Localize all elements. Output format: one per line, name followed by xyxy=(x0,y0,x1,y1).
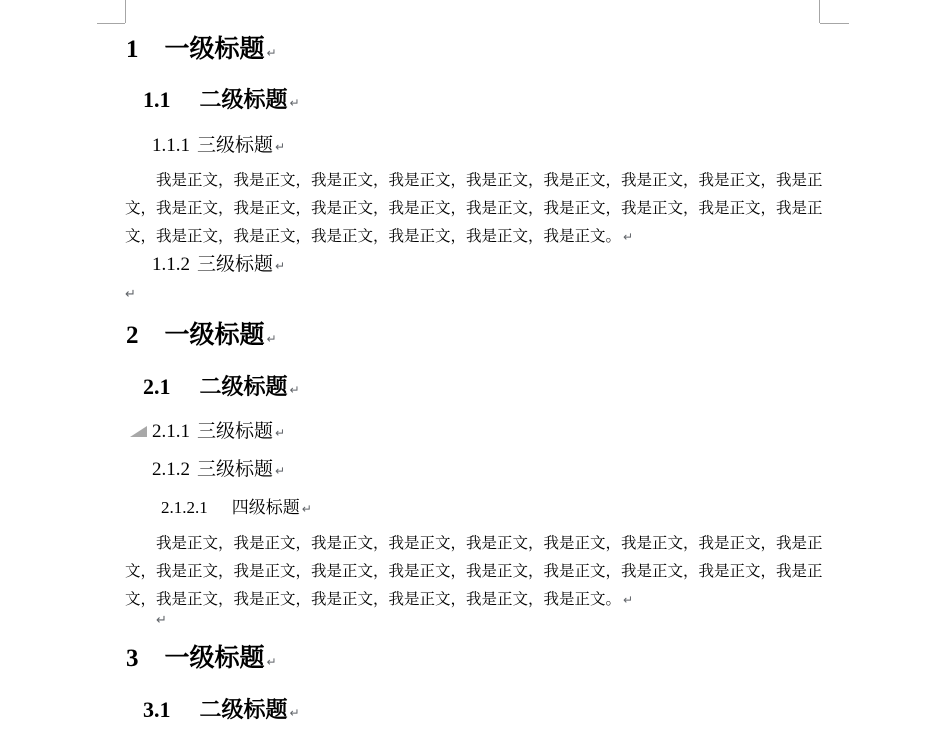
body-paragraph-1-line-2[interactable]: 文，我是正文，我是正文，我是正文，我是正文，我是正文，我是正文，我是正文，我是正… xyxy=(125,199,823,218)
paragraph-mark-icon: ↵ xyxy=(267,655,277,669)
heading-title: 一级标题 xyxy=(165,645,265,672)
heading-number: 2.1 xyxy=(143,374,171,399)
text-boundary-mark-top-right-vertical xyxy=(819,0,820,23)
heading-title: 三级标题 xyxy=(197,421,273,442)
heading-2-1-2[interactable]: 2.1.2三级标题↵ xyxy=(152,460,285,481)
body-paragraph-2-line-2[interactable]: 文，我是正文，我是正文，我是正文，我是正文，我是正文，我是正文，我是正文，我是正… xyxy=(125,562,823,581)
paragraph-mark-icon: ↵ xyxy=(290,383,300,397)
body-text: 我是正文，我是正文，我是正文，我是正文，我是正文，我是正文，我是正文，我是正文，… xyxy=(156,535,823,552)
heading-title: 三级标题 xyxy=(197,135,273,156)
heading-title: 二级标题 xyxy=(200,87,288,112)
heading-number: 1.1.2 xyxy=(152,254,190,275)
heading-number: 3 xyxy=(126,645,139,672)
heading-title: 二级标题 xyxy=(200,374,288,399)
heading-number: 1.1.1 xyxy=(152,135,190,156)
heading-1[interactable]: 1一级标题↵ xyxy=(126,36,277,64)
paragraph-mark-icon: ↵ xyxy=(623,230,633,244)
paragraph-mark-icon: ↵ xyxy=(267,332,277,346)
heading-1-1-2[interactable]: 1.1.2三级标题↵ xyxy=(152,255,285,276)
empty-paragraph[interactable]: ↵ xyxy=(156,614,167,627)
heading-number: 2 xyxy=(126,322,139,349)
heading-2-1-1[interactable]: 2.1.1三级标题↵ xyxy=(152,422,285,443)
heading-collapse-triangle-icon[interactable] xyxy=(130,426,147,437)
heading-number: 2.1.2 xyxy=(152,459,190,480)
text-boundary-mark-top-right-horizontal xyxy=(820,23,849,24)
heading-1-1[interactable]: 1.1二级标题↵ xyxy=(143,88,300,112)
empty-paragraph[interactable]: ↵ xyxy=(125,288,136,301)
heading-title: 一级标题 xyxy=(165,36,265,63)
heading-2[interactable]: 2一级标题↵ xyxy=(126,322,277,350)
body-text: 文，我是正文，我是正文，我是正文，我是正文，我是正文，我是正文。 xyxy=(125,591,621,608)
heading-2-1-2-1[interactable]: 2.1.2.1四级标题↵ xyxy=(161,499,312,518)
heading-number: 1.1 xyxy=(143,87,171,112)
body-text: 文，我是正文，我是正文，我是正文，我是正文，我是正文，我是正文，我是正文，我是正… xyxy=(125,563,823,580)
heading-3-1[interactable]: 3.1二级标题↵ xyxy=(143,698,300,722)
paragraph-mark-icon: ↵ xyxy=(290,96,300,110)
heading-2-1[interactable]: 2.1二级标题↵ xyxy=(143,375,300,399)
body-paragraph-1-line-3[interactable]: 文，我是正文，我是正文，我是正文，我是正文，我是正文，我是正文。↵ xyxy=(125,227,633,247)
paragraph-mark-icon: ↵ xyxy=(623,593,633,607)
body-text: 我是正文，我是正文，我是正文，我是正文，我是正文，我是正文，我是正文，我是正文，… xyxy=(156,172,823,189)
paragraph-mark-icon: ↵ xyxy=(125,287,136,302)
heading-title: 三级标题 xyxy=(197,254,273,275)
heading-number: 1 xyxy=(126,36,139,63)
body-paragraph-2-line-1[interactable]: 我是正文，我是正文，我是正文，我是正文，我是正文，我是正文，我是正文，我是正文，… xyxy=(156,534,823,553)
paragraph-mark-icon: ↵ xyxy=(290,706,300,720)
heading-1-1-1[interactable]: 1.1.1三级标题↵ xyxy=(152,136,285,157)
paragraph-mark-icon: ↵ xyxy=(275,426,285,440)
heading-title: 三级标题 xyxy=(197,459,273,480)
heading-3[interactable]: 3一级标题↵ xyxy=(126,645,277,673)
text-boundary-mark-top-left-vertical xyxy=(125,0,126,23)
heading-title: 二级标题 xyxy=(200,697,288,722)
heading-number: 2.1.1 xyxy=(152,421,190,442)
heading-number: 3.1 xyxy=(143,697,171,722)
heading-number: 2.1.2.1 xyxy=(161,498,208,517)
paragraph-mark-icon: ↵ xyxy=(156,613,167,628)
body-text: 文，我是正文，我是正文，我是正文，我是正文，我是正文，我是正文，我是正文，我是正… xyxy=(125,200,823,217)
paragraph-mark-icon: ↵ xyxy=(275,259,285,273)
paragraph-mark-icon: ↵ xyxy=(275,464,285,478)
paragraph-mark-icon: ↵ xyxy=(302,502,312,516)
text-boundary-mark-top-left-horizontal xyxy=(97,23,125,24)
body-text: 文，我是正文，我是正文，我是正文，我是正文，我是正文，我是正文。 xyxy=(125,228,621,245)
word-document-page[interactable]: 1一级标题↵ 1.1二级标题↵ 1.1.1三级标题↵ 我是正文，我是正文，我是正… xyxy=(0,0,940,742)
heading-title: 一级标题 xyxy=(165,322,265,349)
body-paragraph-1-line-1[interactable]: 我是正文，我是正文，我是正文，我是正文，我是正文，我是正文，我是正文，我是正文，… xyxy=(156,171,823,190)
heading-title: 四级标题 xyxy=(232,498,300,517)
body-paragraph-2-line-3[interactable]: 文，我是正文，我是正文，我是正文，我是正文，我是正文，我是正文。↵ xyxy=(125,590,633,610)
paragraph-mark-icon: ↵ xyxy=(267,46,277,60)
paragraph-mark-icon: ↵ xyxy=(275,140,285,154)
